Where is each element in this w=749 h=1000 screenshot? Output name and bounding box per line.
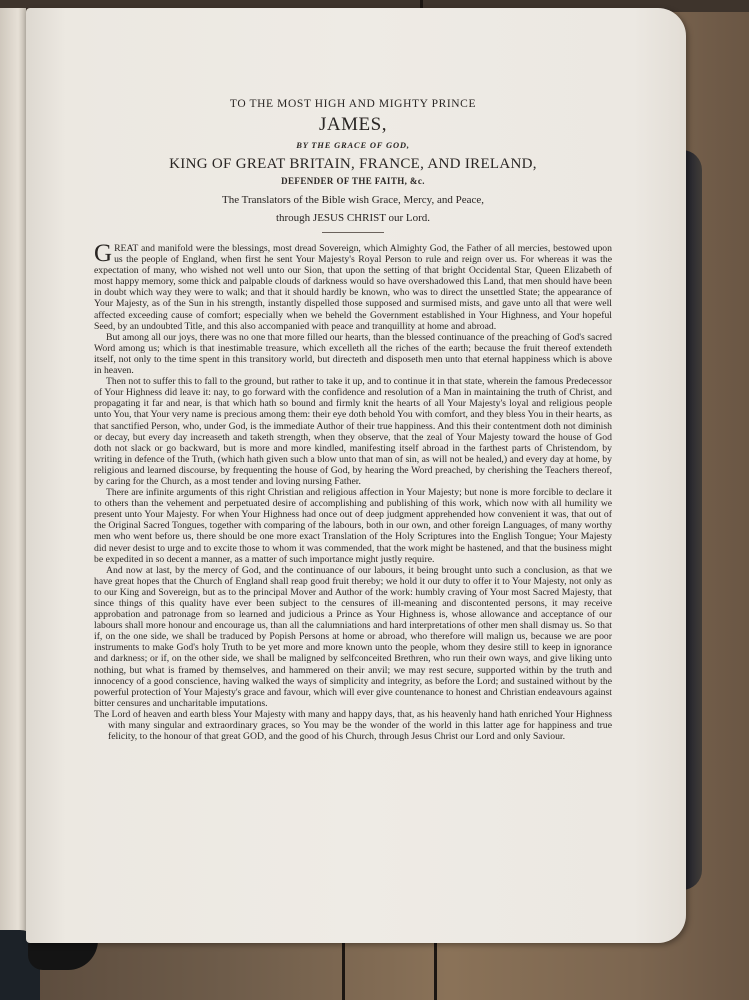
divider-rule xyxy=(322,232,384,233)
paragraph: And now at last, by the mercy of God, an… xyxy=(94,565,612,709)
paragraph: But among all our joys, there was no one… xyxy=(94,332,612,376)
dedication-body: GREAT and manifold were the blessings, m… xyxy=(94,243,612,742)
drop-cap: G xyxy=(94,244,112,264)
paragraph-text: REAT and manifold were the blessings, mo… xyxy=(94,243,612,332)
dedication-defender: DEFENDER OF THE FAITH, &c. xyxy=(94,176,612,186)
plank-gap xyxy=(434,940,437,1000)
plank-gap xyxy=(342,940,345,1000)
paragraph-closing: The Lord of heaven and earth bless Your … xyxy=(94,709,612,742)
dedication-content: TO THE MOST HIGH AND MIGHTY PRINCE JAMES… xyxy=(94,92,612,742)
paragraph: GREAT and manifold were the blessings, m… xyxy=(94,243,612,332)
left-page-edge xyxy=(0,8,26,938)
dedication-heading: TO THE MOST HIGH AND MIGHTY PRINCE xyxy=(94,98,612,110)
dedication-name: JAMES, xyxy=(94,114,612,136)
dedication-title: KING OF GREAT BRITAIN, FRANCE, AND IRELA… xyxy=(94,156,612,173)
paragraph: Then not to suffer this to fall to the g… xyxy=(94,376,612,487)
dedication-through: through JESUS CHRIST our Lord. xyxy=(94,212,612,224)
book-cover-corner xyxy=(28,940,98,970)
dedication-grace: BY THE GRACE OF GOD, xyxy=(94,140,612,150)
paragraph: There are infinite arguments of this rig… xyxy=(94,487,612,565)
dedication-translators: The Translators of the Bible wish Grace,… xyxy=(94,194,612,206)
